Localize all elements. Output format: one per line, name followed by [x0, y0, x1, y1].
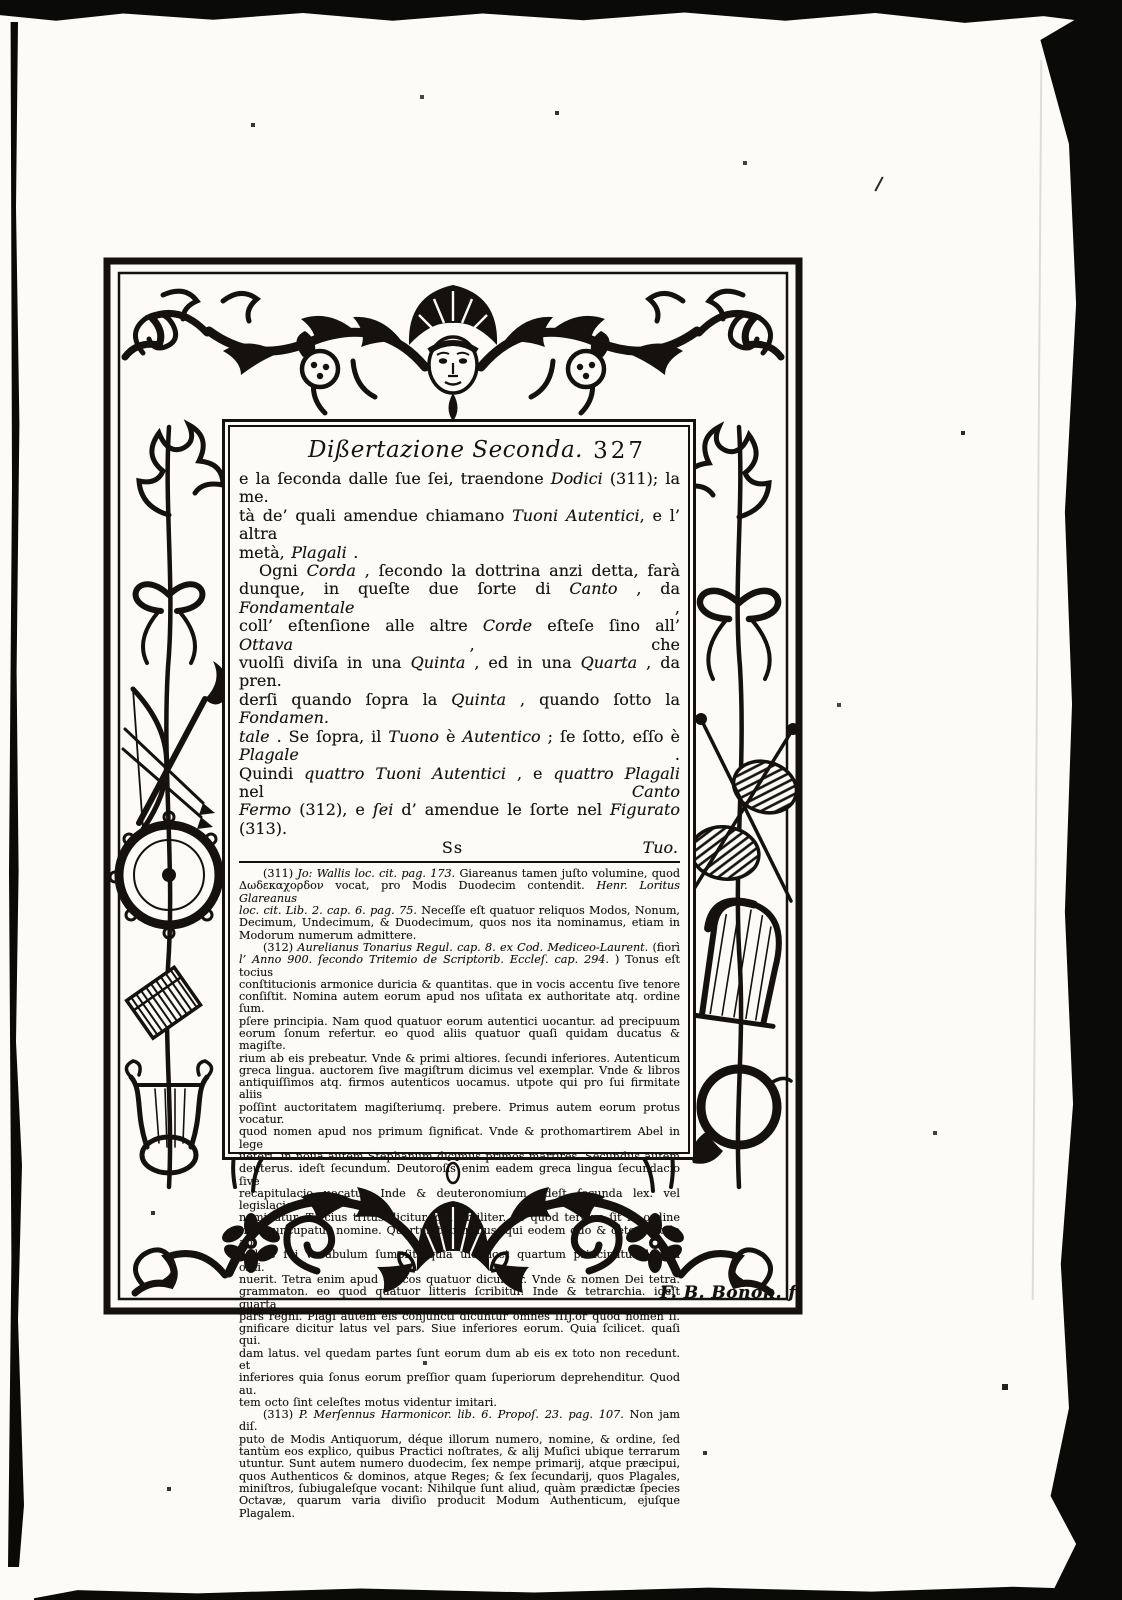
page-number: 327	[593, 438, 646, 464]
footnote-line: triti nuncupatur nomine. Quartus tetrarc…	[239, 1225, 680, 1250]
footnote-line: Octavæ, quarum varia diviſio producit Mo…	[239, 1495, 680, 1520]
body-text-line: Ogni Corda , ſecondo la dottrina anzi de…	[239, 562, 680, 580]
footnote-line: inferiores quia ſonus eorum preſſior qua…	[239, 1372, 680, 1397]
body-text-line: dunque, in queſte due ſorte di Canto , d…	[239, 580, 680, 617]
foliage-finial-icon	[685, 427, 769, 517]
body-text-line: metà, Plagali .	[239, 544, 680, 562]
footnote-rule	[239, 861, 680, 863]
body-text-line: tà de’ quali amendue chiamano Tuoni Aute…	[239, 507, 680, 544]
page-header: Dißertazione Seconda. 327	[239, 437, 680, 466]
body-text-line: Fermo (312), e ſei d’ amendue le ſorte n…	[239, 801, 680, 838]
body-text-line: derſi quando ſopra la Quinta , quando ſo…	[239, 691, 680, 728]
footnote-line: l’ Anno 900. ſecondo Tritemio de Scripto…	[239, 954, 680, 979]
torch-icon	[139, 661, 228, 823]
gathering-signature: Ss	[442, 838, 463, 857]
left-trophy-band	[110, 425, 230, 1187]
text-block-inner-border: Dißertazione Seconda. 327 e la ſeconda d…	[228, 425, 690, 1154]
footnote-line: quod nomen apud nos primum ſignificat. V…	[239, 1126, 680, 1151]
body-text-line: vuolſi diviſa in una Quinta , ed in una …	[239, 654, 680, 691]
main-text: e la ſeconda dalle ſue ſei, traendone Do…	[239, 470, 680, 838]
footnote-line: utuntur. Sunt autem numero duodecim, ſex…	[239, 1458, 680, 1470]
footnote-line: Δωδεκαχορδον vocat, pro Modis Duodecim c…	[239, 880, 680, 905]
footnote-line: Decimum, Undecimum, & Duodecimum, quos n…	[239, 917, 680, 929]
footnote-line: conſiſtit. Nomina autem eorum apud nos u…	[239, 991, 680, 1016]
footnote-line: gnificare dicitur latus vel pars. Siue i…	[239, 1323, 680, 1348]
catchline: Ss Tuo.	[239, 838, 680, 857]
panpipes-quiver-icon	[127, 967, 201, 1038]
footnote-line: ordine ſui vocabulum ſumpſit. quia uidel…	[239, 1249, 680, 1274]
top-ornament-band	[125, 285, 781, 421]
footnote-line: grammaton. eo quod quatuor litteris ſcri…	[239, 1286, 680, 1311]
body-text-line: tale . Se ſopra, il Tuono è Autentico ; …	[239, 728, 680, 765]
body-text-line: coll’ eſtenſione alle altre Corde eſteſe…	[239, 617, 680, 654]
scanned-book-page: Dißertazione Seconda. 327 e la ſeconda d…	[0, 0, 1122, 1600]
foliage-finial-icon	[139, 425, 223, 515]
footnote-line: dam latus. vel quedam partes ſunt eorum …	[239, 1348, 680, 1373]
kettledrums-icon	[688, 713, 803, 901]
footnote-line: nominatur. Tercius tritus dicitur. qui ſ…	[239, 1212, 680, 1224]
footnote-line: eorum ſonum refertur. eo quod aliis quat…	[239, 1028, 680, 1053]
scan-edge-bottom	[34, 1578, 1122, 1600]
body-text-line: Quindi quattro Tuoni Autentici , e quatt…	[239, 765, 680, 802]
mascaron-face-icon	[429, 337, 477, 421]
scan-edge-top	[0, 0, 1122, 26]
footnote-line: antiquiſſimos atq. firmos autenticos uoc…	[239, 1077, 680, 1102]
engraver-signature: F. B. Bonon. f.	[660, 1283, 820, 1303]
body-text-line: e la ſeconda dalle ſue ſei, traendone Do…	[239, 470, 680, 507]
right-trophy-band	[685, 427, 803, 1187]
footnotes: (311) Jo: Wallis loc. cit. pag. 173. Gia…	[239, 868, 680, 1520]
catchword: Tuo.	[643, 838, 678, 857]
scan-scratch-mark	[874, 176, 883, 191]
footnote-line: poſſint auctoritatem magiſteriumq. prebe…	[239, 1102, 680, 1127]
footnote-line: deuterus. ideſt ſecundum. Deutoroſis eni…	[239, 1163, 680, 1188]
text-block: Dißertazione Seconda. 327 e la ſeconda d…	[222, 419, 696, 1160]
footnote-line: (313) P. Merſennus Harmonicor. lib. 6. P…	[239, 1409, 680, 1434]
scan-edge-left	[7, 22, 27, 1567]
trophy-stem	[166, 427, 170, 1187]
footnote-line: recapitulacio uocatur. Inde & deuteronom…	[239, 1188, 680, 1213]
page-fold-line	[1032, 60, 1043, 1300]
